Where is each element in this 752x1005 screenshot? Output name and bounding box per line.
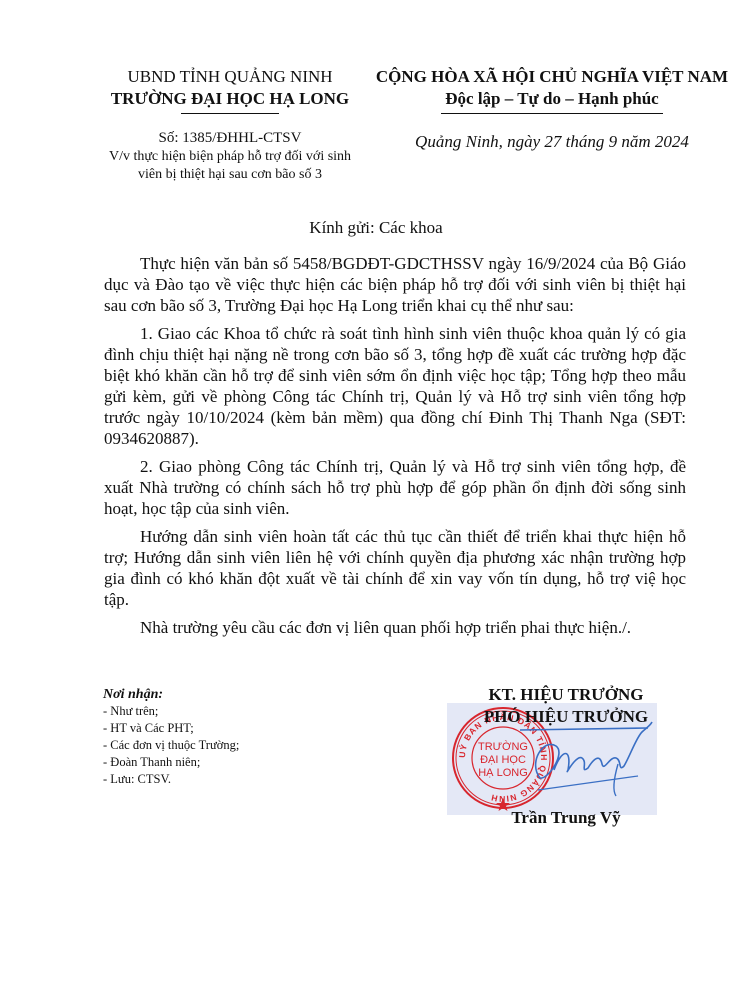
body-paragraph: 2. Giao phòng Công tác Chính trị, Quản l… [104, 456, 686, 519]
subject-line-1: V/v thực hiện biện pháp hỗ trợ đối với s… [80, 148, 380, 166]
organization-name: TRƯỜNG ĐẠI HỌC HẠ LONG [80, 88, 380, 110]
on-behalf-title: KT. HIỆU TRƯỞNG [446, 684, 686, 706]
document-number: Số: 1385/ĐHHL-CTSV [80, 128, 380, 148]
distribution-item: - Lưu: CTSV. [103, 771, 239, 788]
distribution-list: Nơi nhận: - Như trên; - HT và Các PHT; -… [103, 686, 239, 788]
body-paragraph: Thực hiện văn bản số 5458/BGDĐT-GDCTHSSV… [104, 253, 686, 316]
document-body: Thực hiện văn bản số 5458/BGDĐT-GDCTHSSV… [104, 253, 686, 645]
distribution-item: - HT và Các PHT; [103, 720, 239, 737]
place-and-date: Quảng Ninh, ngày 27 tháng 9 năm 2024 [372, 132, 732, 152]
signer-position: PHÓ HIỆU TRƯỞNG [446, 706, 686, 728]
national-motto: Độc lập – Tự do – Hạnh phúc [372, 88, 732, 110]
distribution-title: Nơi nhận: [103, 686, 239, 703]
issuing-authority-block: UBND TỈNH QUẢNG NINH TRƯỜNG ĐẠI HỌC HẠ L… [80, 66, 380, 184]
subject-line-2: viên bị thiệt hại sau cơn bão số 3 [80, 166, 380, 184]
header-underline [181, 113, 279, 114]
signer-name: Trần Trung Vỹ [446, 808, 686, 828]
body-paragraph: Hướng dẫn sinh viên hoàn tất các thủ tục… [104, 526, 686, 610]
national-heading-block: CỘNG HÒA XÃ HỘI CHỦ NGHĨA VIỆT NAM Độc l… [372, 66, 732, 152]
body-paragraph: 1. Giao các Khoa tổ chức rà soát tình hì… [104, 323, 686, 449]
distribution-item: - Đoàn Thanh niên; [103, 754, 239, 771]
distribution-item: - Như trên; [103, 703, 239, 720]
national-title: CỘNG HÒA XÃ HỘI CHỦ NGHĨA VIỆT NAM [372, 66, 732, 88]
parent-organization: UBND TỈNH QUẢNG NINH [80, 66, 380, 88]
recipient-line: Kính gửi: Các khoa [0, 218, 752, 238]
handwritten-signature-icon [518, 718, 656, 808]
motto-underline [441, 113, 663, 114]
distribution-item: - Các đơn vị thuộc Trường; [103, 737, 239, 754]
body-paragraph: Nhà trường yêu cầu các đơn vị liên quan … [104, 617, 686, 638]
signature-block: KT. HIỆU TRƯỞNG PHÓ HIỆU TRƯỞNG [446, 684, 686, 728]
